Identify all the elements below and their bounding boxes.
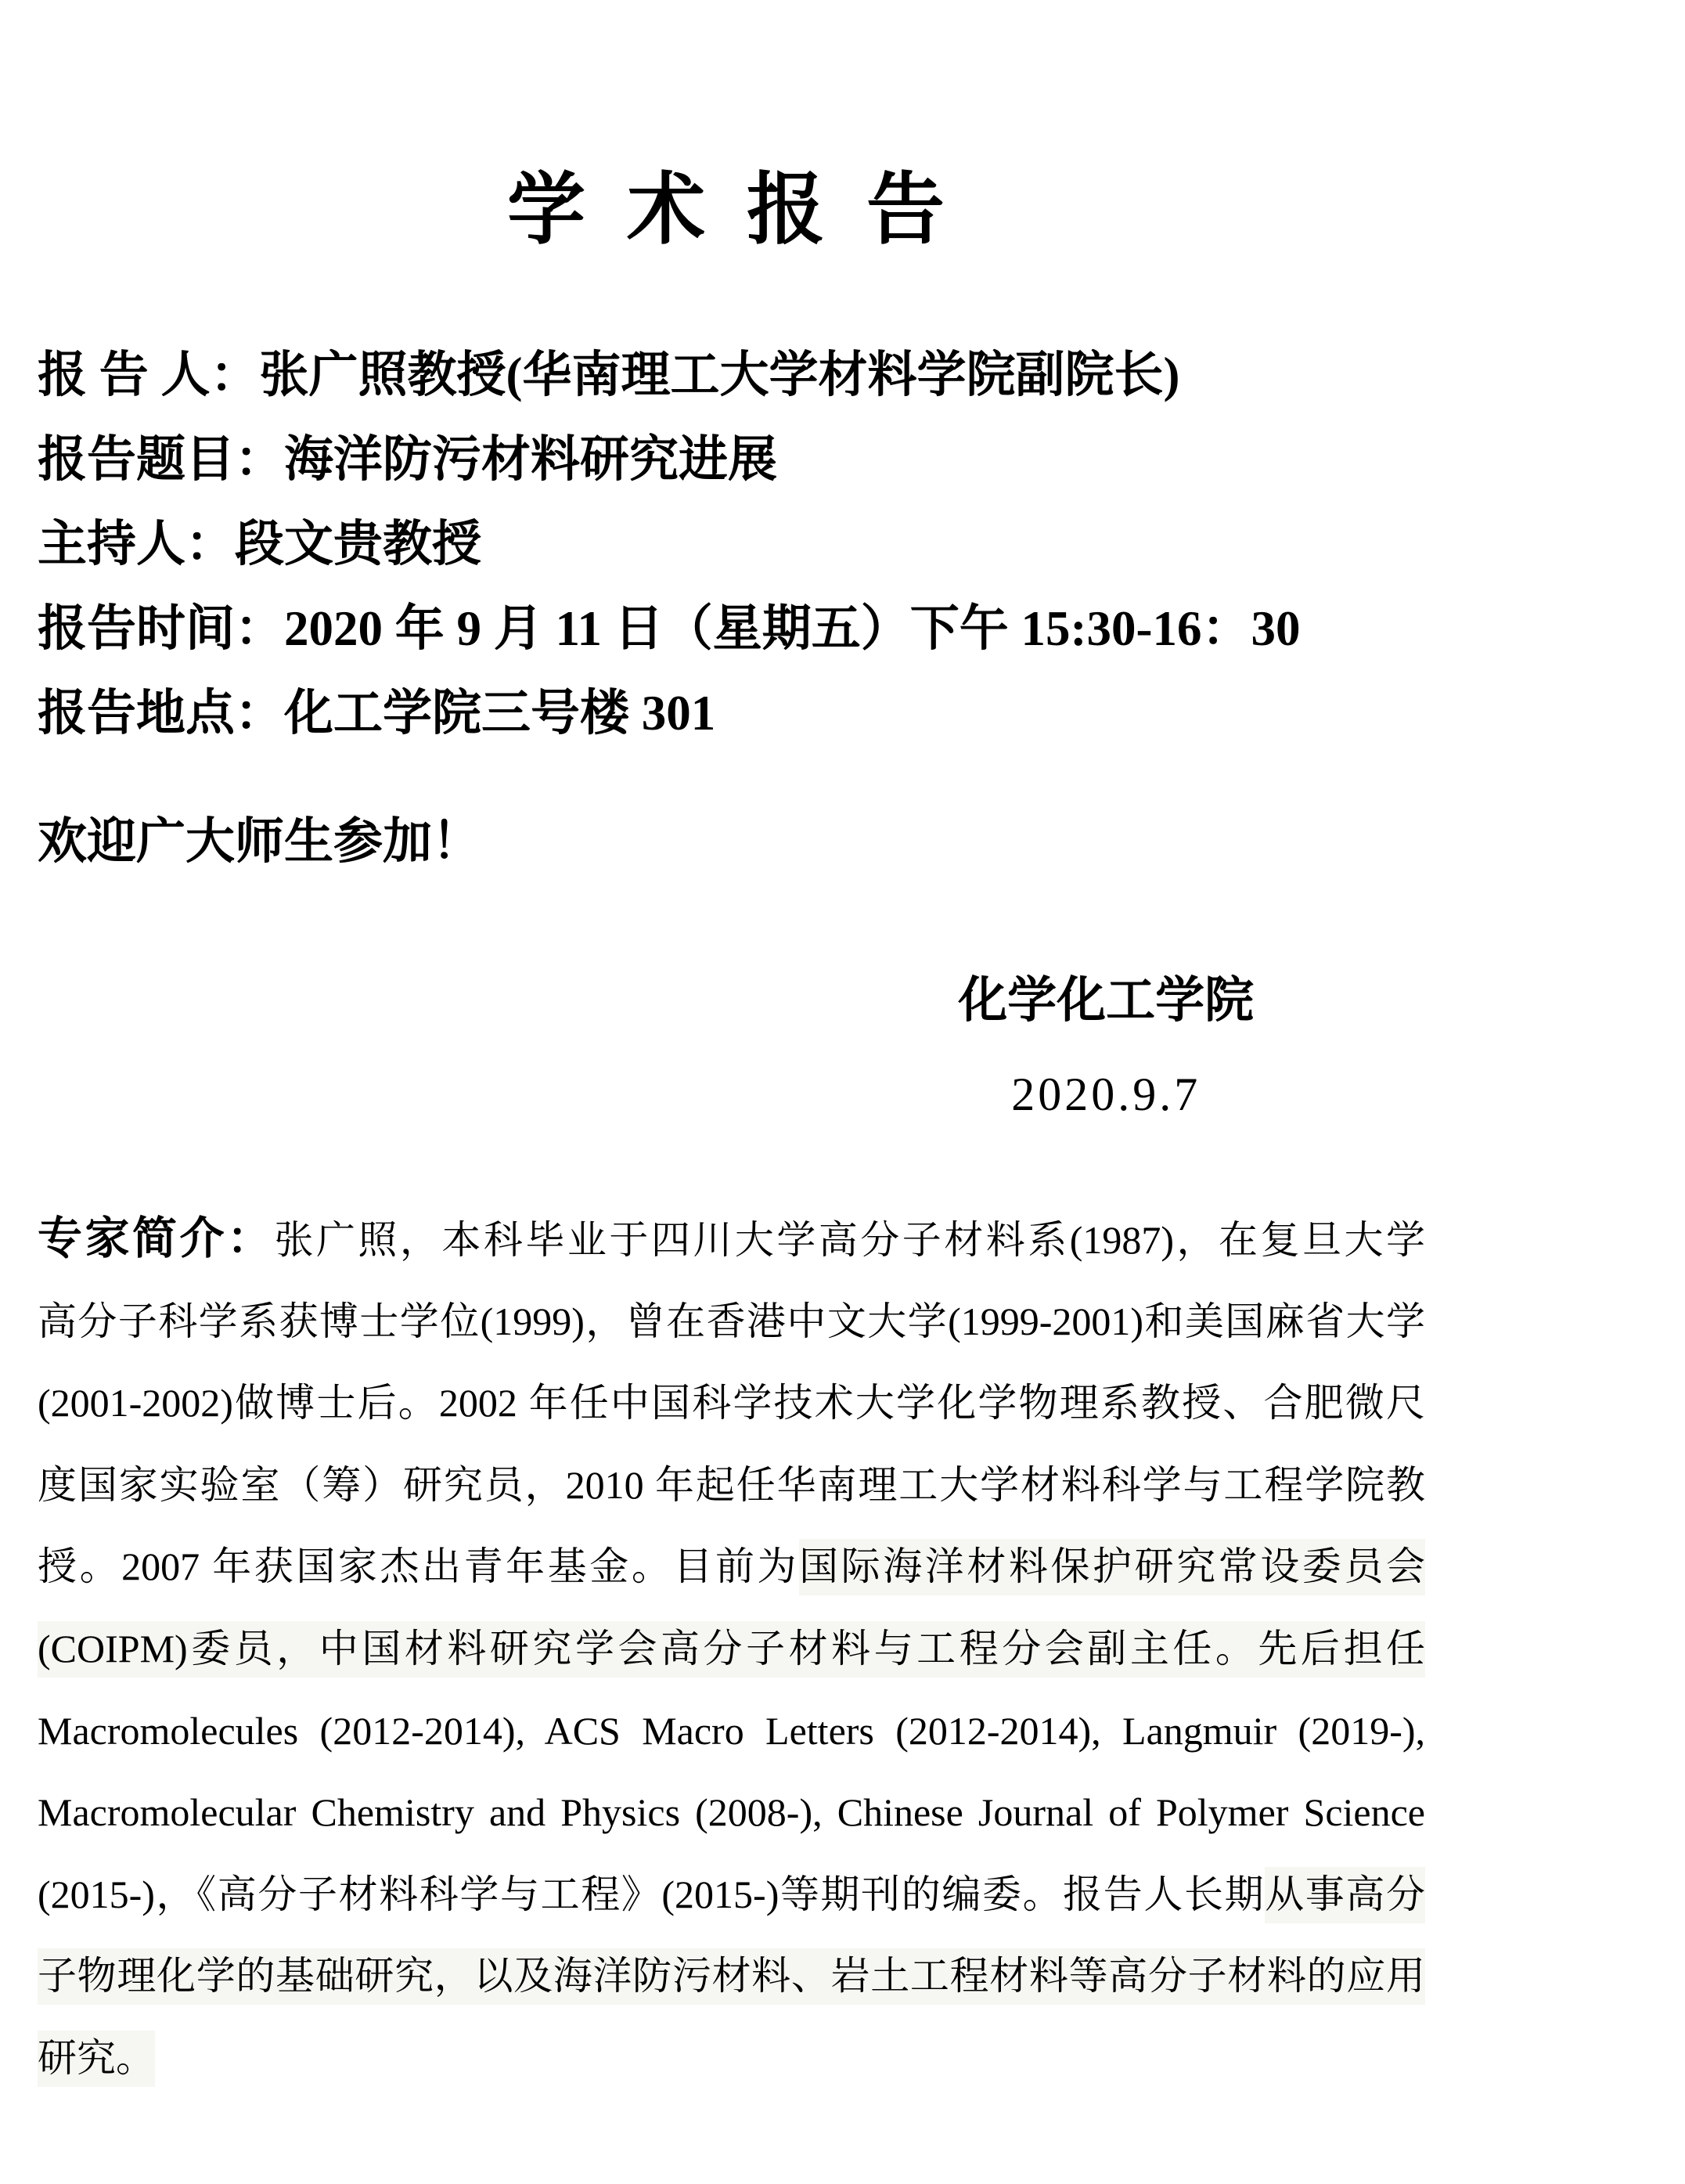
intro-line: Macromolecular Chemistry and Physics (20… xyxy=(38,1771,1425,1854)
highlighted-text: 从事高分 xyxy=(1265,1867,1425,1923)
intro-line: 研究。 xyxy=(38,2017,1425,2099)
info-line-reporter: 报 告 人：张广照教授(华南理工大学材料学院副院长) xyxy=(38,333,1425,417)
highlighted-text: (COIPM)委员，中国材料研究学会高分子材料与工程分会副主任。先后担任 xyxy=(38,1621,1425,1678)
intro-line: 高分子科学系获博士学位(1999)，曾在香港中文大学(1999-2001)和美国… xyxy=(38,1281,1425,1363)
info-line-topic: 报告题目：海洋防污材料研究进展 xyxy=(38,417,1425,502)
intro-line: Macromolecules (2012-2014), ACS Macro Le… xyxy=(38,1690,1425,1772)
intro-line: (2001-2002)做博士后。2002 年任中国科学技术大学化学物理系教授、合… xyxy=(38,1362,1425,1444)
intro-text: 授。2007 年获国家杰出青年基金。目前为 xyxy=(38,1544,799,1588)
signature-date: 2020.9.7 xyxy=(787,1058,1425,1132)
signature-org: 化学化工学院 xyxy=(787,957,1425,1043)
page-title: 学 术 报 告 xyxy=(38,163,1425,258)
seminar-info-block: 报 告 人：张广照教授(华南理工大学材料学院副院长) 报告题目：海洋防污材料研究… xyxy=(38,333,1425,755)
intro-text: Macromolecular Chemistry and Physics (20… xyxy=(38,1790,1425,1834)
highlighted-text: 子物理化学的基础研究，以及海洋防污材料、岩土工程材料等高分子材料的应用 xyxy=(38,1948,1425,2005)
info-line-venue: 报告地点：化工学院三号楼 301 xyxy=(38,671,1425,755)
highlighted-text: 研究。 xyxy=(38,2031,155,2087)
intro-line: (2015-)，《高分子材料科学与工程》(2015-)等期刊的编委。报告人长期从… xyxy=(38,1854,1425,1936)
intro-line: 子物理化学的基础研究，以及海洋防污材料、岩土工程材料等高分子材料的应用 xyxy=(38,1935,1425,2017)
intro-text: Macromolecules (2012-2014), ACS Macro Le… xyxy=(38,1709,1425,1753)
info-line-time: 报告时间：2020 年 9 月 11 日（星期五）下午 15:30-16：30 xyxy=(38,586,1425,671)
intro-line: 授。2007 年获国家杰出青年基金。目前为国际海洋材料保护研究常设委员会 xyxy=(38,1526,1425,1608)
intro-line: (COIPM)委员，中国材料研究学会高分子材料与工程分会副主任。先后担任 xyxy=(38,1608,1425,1690)
intro-text: 高分子科学系获博士学位(1999)，曾在香港中文大学(1999-2001)和美国… xyxy=(38,1299,1425,1343)
intro-text: 张广照，本科毕业于四川大学高分子材料系(1987)，在复旦大学 xyxy=(274,1218,1425,1262)
intro-text: 度国家实验室（筹）研究员，2010 年起任华南理工大学材料科学与工程学院教 xyxy=(38,1463,1425,1507)
intro-label: 专家简介： xyxy=(38,1214,274,1263)
intro-line: 专家简介：张广照，本科毕业于四川大学高分子材料系(1987)，在复旦大学 xyxy=(38,1198,1425,1281)
intro-text: (2001-2002)做博士后。2002 年任中国科学技术大学化学物理系教授、合… xyxy=(38,1381,1425,1425)
highlighted-text: 国际海洋材料保护研究常设委员会 xyxy=(799,1539,1425,1595)
signature-block: 化学化工学院 2020.9.7 xyxy=(787,957,1425,1132)
welcome-line: 欢迎广大师生参加！ xyxy=(38,799,1425,884)
info-line-host: 主持人：段文贵教授 xyxy=(38,502,1425,586)
expert-intro-paragraph: 专家简介：张广照，本科毕业于四川大学高分子材料系(1987)，在复旦大学高分子科… xyxy=(38,1198,1425,2099)
intro-text: (2015-)，《高分子材料科学与工程》(2015-)等期刊的编委。报告人长期 xyxy=(38,1872,1265,1916)
intro-line: 度国家实验室（筹）研究员，2010 年起任华南理工大学材料科学与工程学院教 xyxy=(38,1444,1425,1526)
document-page: 学 术 报 告 报 告 人：张广照教授(华南理工大学材料学院副院长) 报告题目：… xyxy=(0,0,1685,2184)
